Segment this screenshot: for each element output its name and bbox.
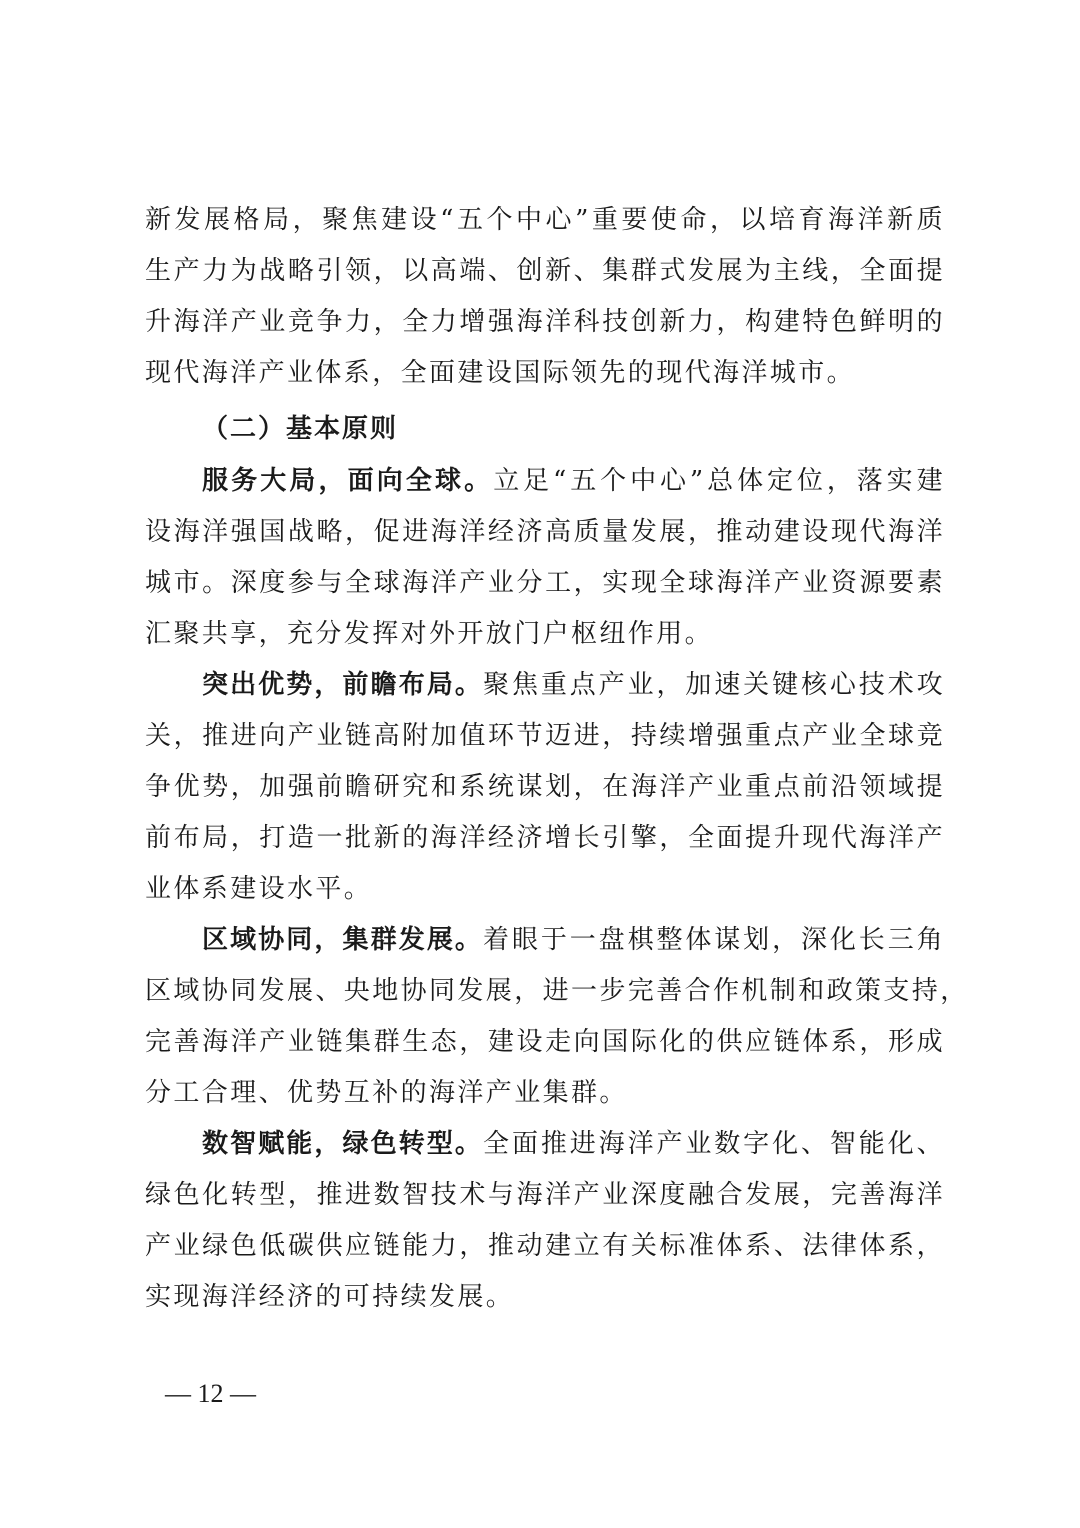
- text-line: 新发展格局，聚焦建设“五个中心”重要使命，以培育海洋新质: [145, 200, 945, 240]
- text-line: 汇聚共享，充分发挥对外开放门户枢纽作用。: [145, 614, 945, 654]
- principle-text: 立足“五个中心”总体定位，落实建: [493, 466, 945, 496]
- principle-title: 服务大局，面向全球。: [202, 466, 493, 496]
- section-heading: （二）基本原则: [202, 409, 398, 449]
- principle-first-line: 数智赋能，绿色转型。全面推进海洋产业数字化、智能化、: [202, 1124, 945, 1164]
- principle-first-line: 服务大局，面向全球。立足“五个中心”总体定位，落实建: [202, 461, 945, 501]
- text-line: 城市。深度参与全球海洋产业分工，实现全球海洋产业资源要素: [145, 563, 945, 603]
- principle-text: 聚焦重点产业，加速关键核心技术攻: [483, 670, 945, 700]
- principle-text: 着眼于一盘棋整体谋划，深化长三角: [483, 925, 945, 955]
- text-line: 关，推进向产业链高附加值环节迈进，持续增强重点产业全球竞: [145, 716, 945, 756]
- text-line: 升海洋产业竞争力，全力增强海洋科技创新力，构建特色鲜明的: [145, 302, 945, 342]
- text-line: 完善海洋产业链集群生态，建设走向国际化的供应链体系，形成: [145, 1022, 945, 1062]
- page-number: — 12 —: [165, 1378, 256, 1410]
- text-line: 前布局，打造一批新的海洋经济增长引擎，全面提升现代海洋产: [145, 818, 945, 858]
- text-line: 争优势，加强前瞻研究和系统谋划，在海洋产业重点前沿领域提: [145, 767, 945, 807]
- principle-text: 全面推进海洋产业数字化、智能化、: [483, 1129, 945, 1159]
- principle-first-line: 突出优势，前瞻布局。聚焦重点产业，加速关键核心技术攻: [202, 665, 945, 705]
- text-line: 设海洋强国战略，促进海洋经济高质量发展，推动建设现代海洋: [145, 512, 945, 552]
- text-line: 绿色化转型，推进数智技术与海洋产业深度融合发展，完善海洋: [145, 1175, 945, 1215]
- text-line: 区域协同发展、央地协同发展，进一步完善合作机制和政策支持，: [145, 971, 945, 1011]
- text-line: 实现海洋经济的可持续发展。: [145, 1277, 945, 1317]
- principle-title: 突出优势，前瞻布局。: [202, 670, 483, 700]
- text-line: 生产力为战略引领，以高端、创新、集群式发展为主线，全面提: [145, 251, 945, 291]
- text-line: 分工合理、优势互补的海洋产业集群。: [145, 1073, 945, 1113]
- text-line: 现代海洋产业体系，全面建设国际领先的现代海洋城市。: [145, 353, 945, 393]
- document-page: 新发展格局，聚焦建设“五个中心”重要使命，以培育海洋新质 生产力为战略引领，以高…: [0, 0, 1080, 1528]
- text-line: 业体系建设水平。: [145, 869, 945, 909]
- principle-title: 区域协同，集群发展。: [202, 925, 483, 955]
- principle-title: 数智赋能，绿色转型。: [202, 1129, 483, 1159]
- text-line: 产业绿色低碳供应链能力，推动建立有关标准体系、法律体系，: [145, 1226, 945, 1266]
- principle-first-line: 区域协同，集群发展。着眼于一盘棋整体谋划，深化长三角: [202, 920, 945, 960]
